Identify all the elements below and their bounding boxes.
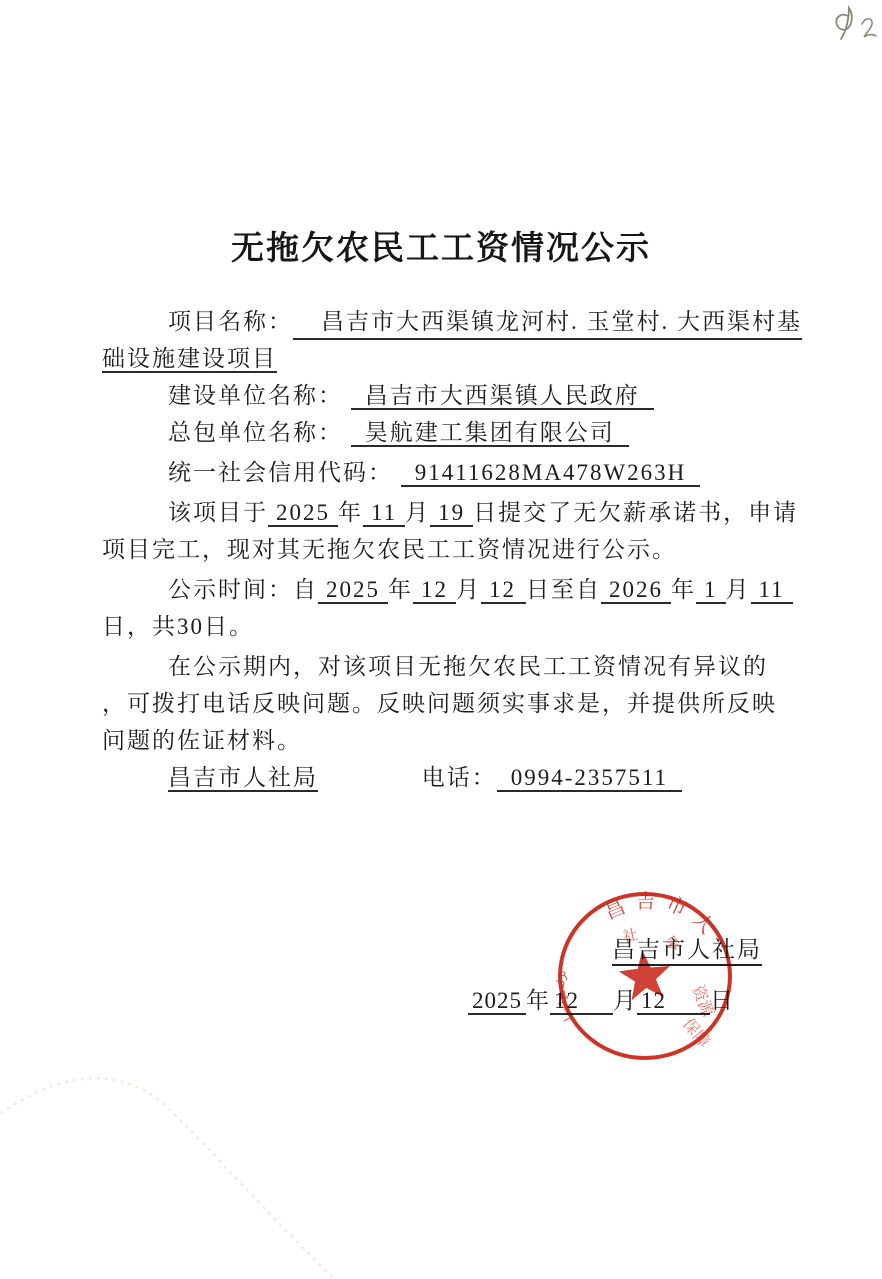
objection-line2: ，可拨打电话反映问题。反映问题须实事求是，并提供所反映 <box>102 685 800 722</box>
svg-text:ىرلەمھاتسا: ىرلەمھاتسا <box>554 969 575 1023</box>
period-start-month: 12 <box>413 577 456 604</box>
contractor-line: 总包单位名称： 昊航建工集团有限公司 <box>102 414 800 451</box>
builder-label: 建设单位名称： <box>168 383 343 408</box>
period-pre-text: 公示时间：自 <box>168 577 318 602</box>
sig-date-year: 2025 <box>468 988 526 1015</box>
submit-month: 11 <box>363 500 405 527</box>
official-seal: 昌吉市人 ىرلەمھاتسا 社 会 资源 保障 <box>540 876 760 1081</box>
credit-code-label: 统一社会信用代码： <box>168 460 393 485</box>
period-end-day: 11 <box>751 577 793 604</box>
contact-line: 昌吉市人社局 电话：0994-2357511 <box>102 759 800 796</box>
period-line: 公示时间：自2025年12月12日至自2026年1月11 <box>102 571 800 608</box>
period-end-month: 1 <box>696 577 726 604</box>
period-end-year-unit: 年 <box>671 577 696 602</box>
objection-line3: 问题的佐证材料。 <box>102 722 800 759</box>
project-name-label: 项目名称： <box>168 303 293 340</box>
submit-pre-text: 该项目于 <box>168 500 268 525</box>
builder-value: 昌吉市大西渠镇人民政府 <box>351 383 654 410</box>
credit-code-value: 91411628MA478W263H <box>401 460 701 487</box>
period-line2: 日，共30日。 <box>102 608 800 645</box>
document-page: 92 无拖欠农民工工资情况公示 项目名称： 昌吉市大西渠镇龙河村. 玉堂村. 大… <box>0 0 882 1279</box>
period-end-month-unit: 月 <box>726 577 751 602</box>
period-line2-text: 日，共30日。 <box>102 614 254 639</box>
credit-code-line: 统一社会信用代码： 91411628MA478W263H <box>102 454 800 491</box>
project-name-value: 昌吉市大西渠镇龙河村. 玉堂村. 大西渠村基 <box>293 303 802 340</box>
seal-inner-left: 社 <box>621 926 639 946</box>
period-month-unit: 月 <box>456 577 481 602</box>
submit-day: 19 <box>430 500 473 527</box>
period-year-unit: 年 <box>388 577 413 602</box>
builder-line: 建设单位名称： 昌吉市大西渠镇人民政府 <box>102 377 800 414</box>
period-start-year: 2025 <box>318 577 388 604</box>
seal-inner-right: 会 <box>663 933 682 953</box>
objection-text1: 在公示期内，对该项目无拖欠农民工工资情况有异议的 <box>168 654 768 679</box>
period-end-year: 2026 <box>601 577 671 604</box>
svg-text:昌吉市人: 昌吉市人 <box>602 890 725 945</box>
objection-text3: 问题的佐证材料。 <box>102 728 302 753</box>
red-star-icon <box>617 947 673 1001</box>
period-start-day: 12 <box>481 577 526 604</box>
period-mid-text: 日至自 <box>526 577 601 602</box>
submit-year: 2025 <box>268 500 338 527</box>
contractor-value: 昊航建工集团有限公司 <box>351 420 629 447</box>
seal-script-text: ىرلەمھاتسا <box>554 969 575 1023</box>
phone-label: 电话： <box>422 765 497 790</box>
page-title: 无拖欠农民工工资情况公示 <box>0 222 882 269</box>
contractor-label: 总包单位名称： <box>168 420 343 445</box>
submit-line: 该项目于2025年11月19日提交了无欠薪承诺书，申请 <box>102 494 800 531</box>
submit-line2-text: 项目完工，现对其无拖欠农民工工资情况进行公示。 <box>102 537 677 562</box>
submit-post-text: 日提交了无欠薪承诺书，申请 <box>473 500 798 525</box>
submit-month-unit: 月 <box>405 500 430 525</box>
seal-arc-text: 昌吉市人 <box>602 890 725 945</box>
document-body: 项目名称： 昌吉市大西渠镇龙河村. 玉堂村. 大西渠村基 础设施建设项目 建设单… <box>102 303 800 796</box>
project-name-line: 项目名称： 昌吉市大西渠镇龙河村. 玉堂村. 大西渠村基 <box>102 303 800 340</box>
project-name-line2: 础设施建设项目 <box>102 340 800 377</box>
phone-number: 0994-2357511 <box>497 765 682 792</box>
contact-org: 昌吉市人社局 <box>168 765 318 792</box>
seal-side-text: 资源 <box>688 983 717 1020</box>
handwritten-page-number: 92 <box>818 0 882 70</box>
submit-line2: 项目完工，现对其无拖欠农民工工资情况进行公示。 <box>102 531 800 568</box>
project-name-value-cont: 础设施建设项目 <box>102 346 277 373</box>
submit-year-unit: 年 <box>338 500 363 525</box>
objection-line1: 在公示期内，对该项目无拖欠农民工工资情况有异议的 <box>102 648 800 685</box>
objection-text2: ，可拨打电话反映问题。反映问题须实事求是，并提供所反映 <box>102 691 777 716</box>
